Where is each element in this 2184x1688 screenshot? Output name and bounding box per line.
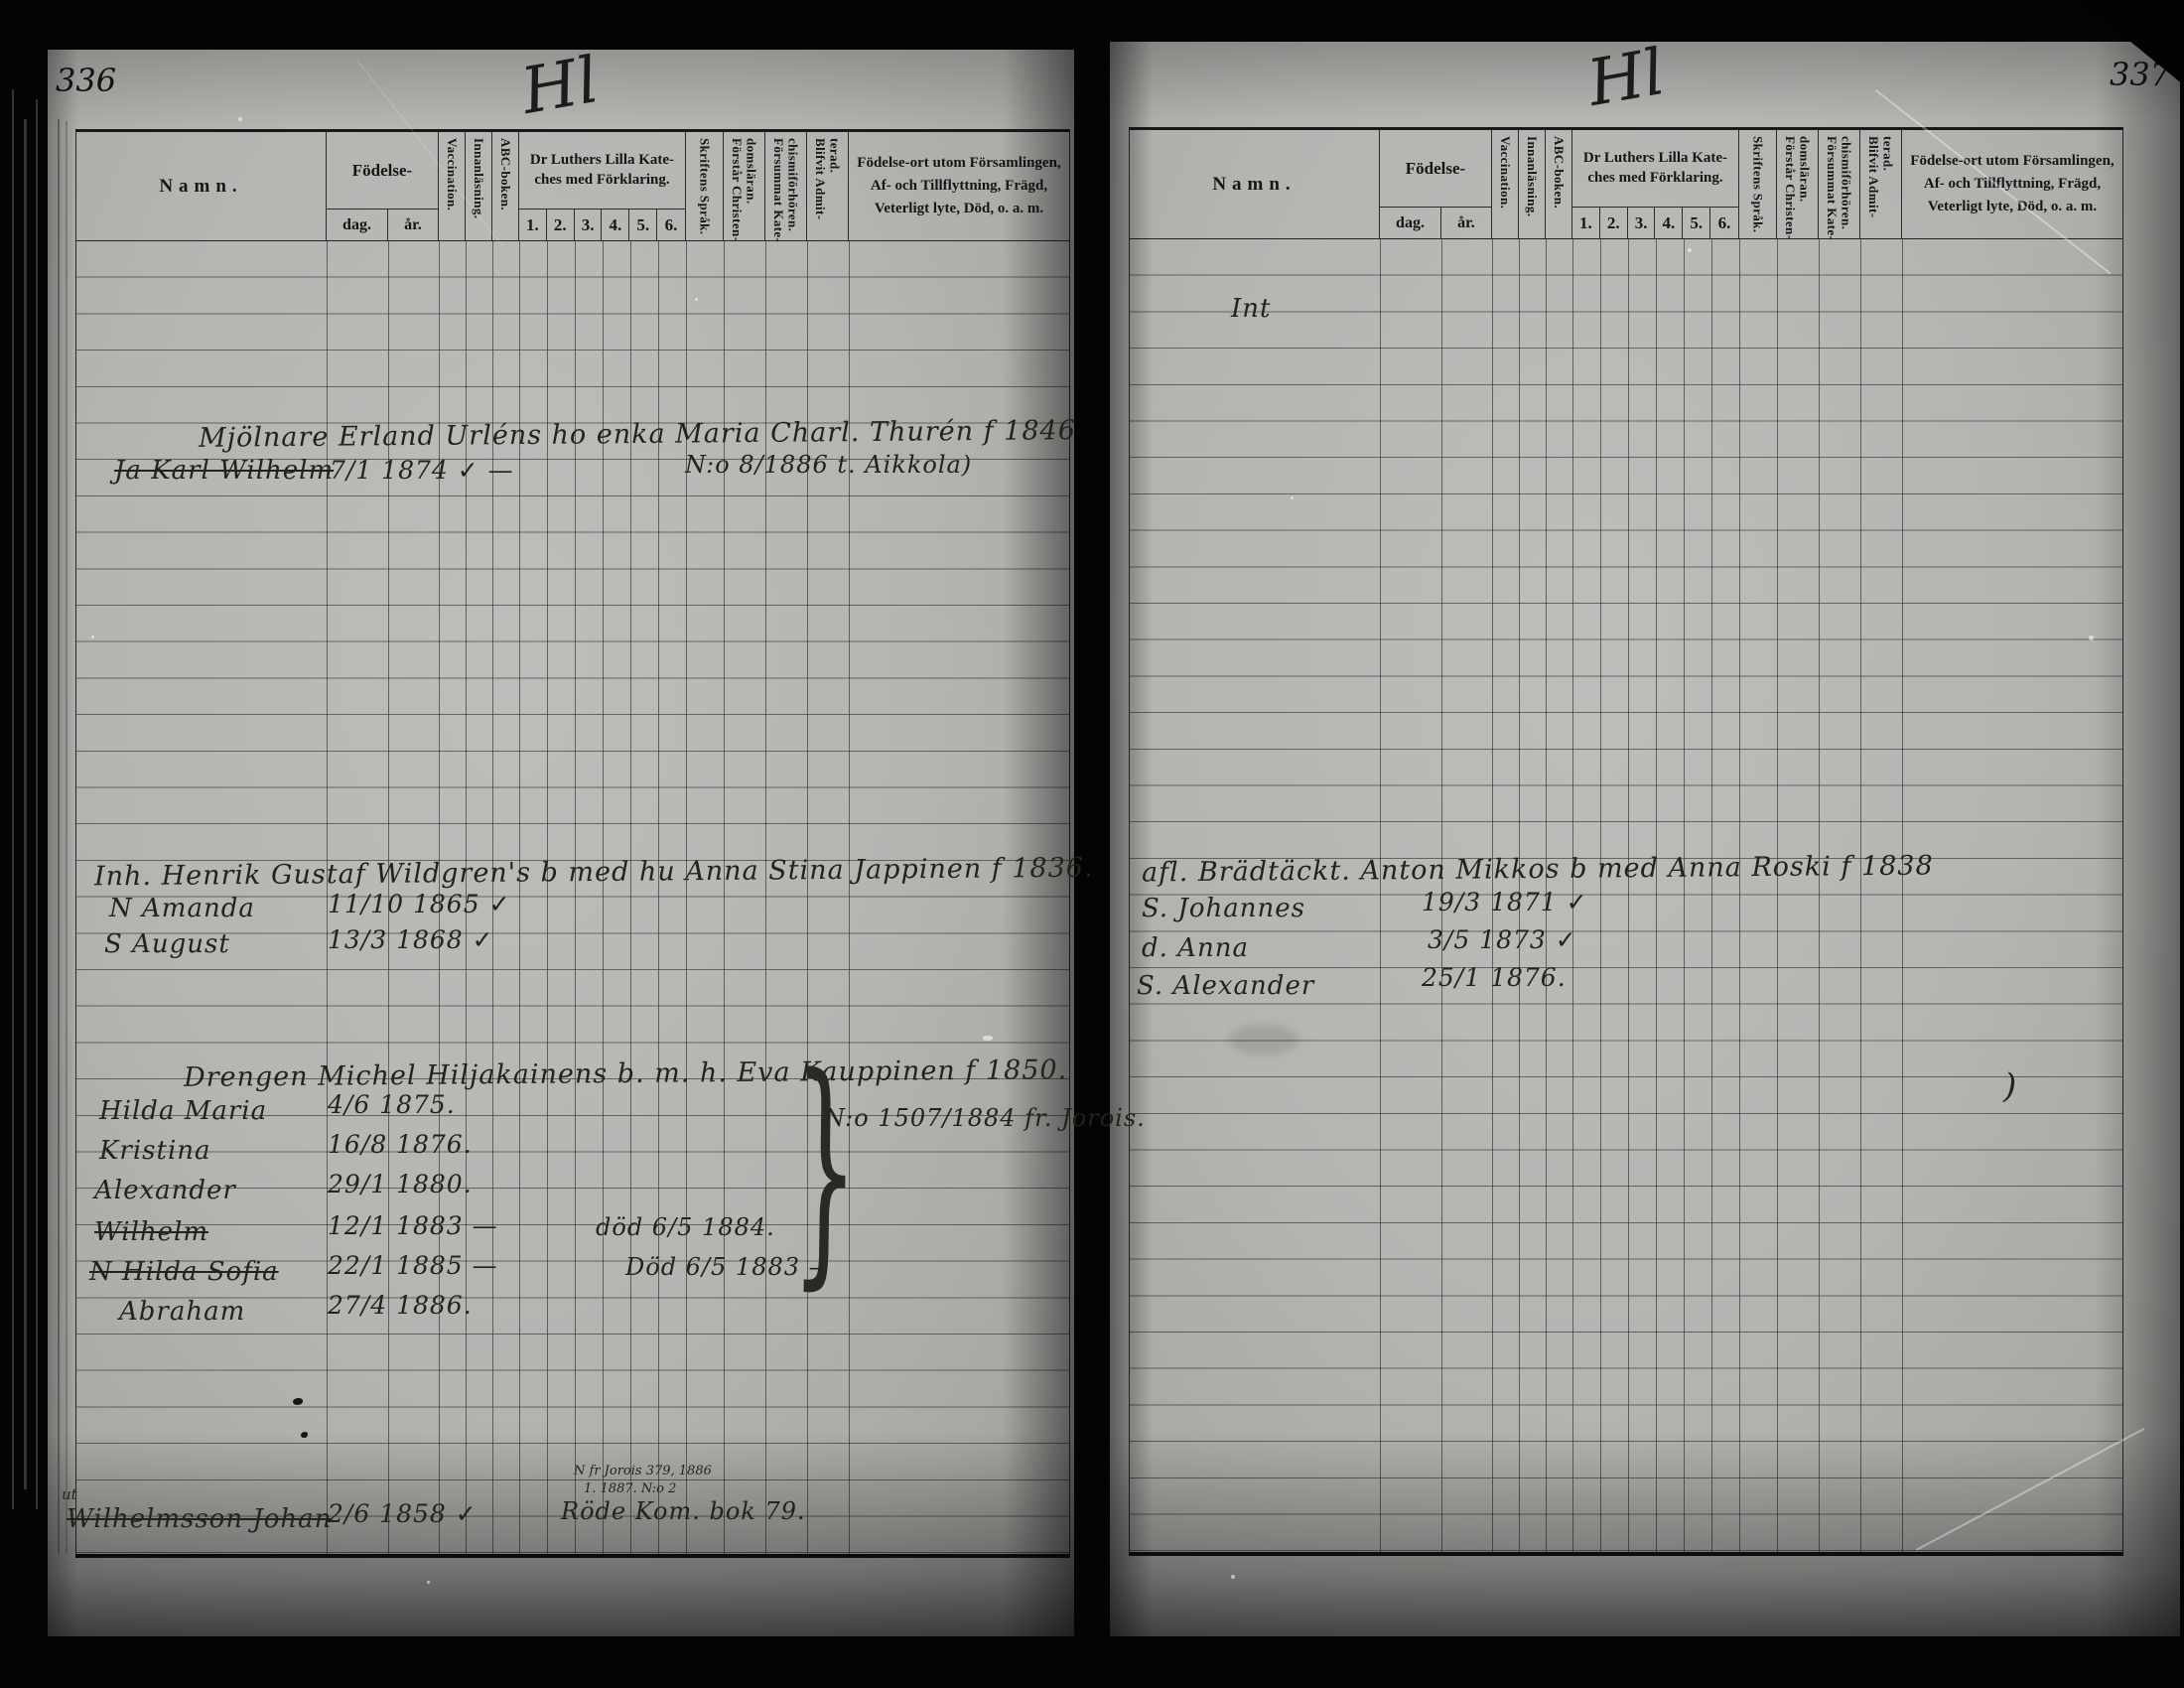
col-header-kateches-6: 6. — [657, 210, 685, 241]
entry-child-name: Abraham — [119, 1297, 245, 1327]
col-header-forsummat-katechismiforhoren: Försummat Kate- chismiförhören. — [1819, 130, 1860, 238]
col-header-innanlasning: Innanläsning. — [1519, 130, 1546, 238]
col-header-kateches-6: 6. — [1710, 208, 1738, 239]
col-header-kateches-1: 1. — [1572, 208, 1600, 239]
col-header-fodelseort: Födelse-ort utom Församlingen, Af- och T… — [1902, 130, 2122, 238]
col-label-line: Veterligt lyte, Död, o. a. m. — [1928, 196, 2097, 218]
col-label: Vaccination. — [1498, 136, 1512, 238]
scan-edge-streak — [24, 119, 27, 1489]
col-label-line: Af- och Tillflyttning, Frägd, — [1924, 173, 2101, 196]
col-label: Namn. — [1212, 174, 1296, 196]
entry-birth-date: 12/1 1883 — — [328, 1211, 498, 1240]
entry-name: Wilhelmsson Johan — [67, 1504, 332, 1534]
entry-birth-date: 19/3 1871 ✓ — [1422, 888, 1588, 916]
col-label: Namn. — [159, 176, 242, 198]
col-label-line: Födelse-ort utom Församlingen, — [1910, 150, 2114, 173]
col-label: ABC-boken. — [498, 138, 512, 240]
page-336: 336 Hl Namn. Födelse- dag. år. Vaccinati… — [48, 50, 1074, 1636]
col-header-forsummat-katechismiforhoren: Försummat Kate- chismiförhören. — [765, 132, 807, 240]
register-table: Namn. Födelse- dag. år. Vaccination. Inn… — [1129, 127, 2123, 1556]
col-subheader-row: 1. 2. 3. 4. 5. 6. — [1572, 207, 1738, 239]
col-header-kateches-5: 5. — [629, 210, 657, 241]
entry-child-name: N Amanda — [109, 894, 255, 923]
table-header: Namn. Födelse- dag. år. Vaccination. Inn… — [76, 132, 1069, 241]
col-label: Dr Luthers Lilla Kate- ches med Förklari… — [519, 132, 685, 209]
col-subheader-row: dag. år. — [327, 209, 438, 241]
col-header-kateches-2: 2. — [547, 210, 575, 241]
col-header-kateches-3: 3. — [1628, 208, 1656, 239]
col-label: Födelse- — [1380, 130, 1491, 207]
entry-margin-note: ut — [62, 1485, 77, 1503]
col-label: Innanläsning. — [472, 138, 485, 240]
col-header-namn: Namn. — [76, 132, 327, 240]
table-header: Namn. Födelse- dag. år. Vaccination. Inn… — [1130, 130, 2122, 239]
entry-child-name: Alexander — [94, 1176, 236, 1205]
entry-child-name: Wilhelm — [94, 1217, 208, 1247]
entry-child-name: S. Johannes — [1142, 894, 1305, 923]
col-label-line: ches med Förklaring. — [534, 171, 669, 191]
col-header-dag: dag. — [1380, 208, 1441, 239]
col-header-kateches-4: 4. — [1655, 208, 1683, 239]
entry-death-note: död 6/5 1884. — [596, 1213, 775, 1241]
col-header-skriftens-sprak: Skriftens Språk. — [1739, 130, 1777, 238]
col-header-dag: dag. — [327, 210, 388, 241]
col-label: Dr Luthers Lilla Kate- ches med Förklari… — [1572, 130, 1738, 207]
col-header-kateches-5: 5. — [1683, 208, 1710, 239]
col-header-vaccination: Vaccination. — [1492, 130, 1519, 238]
entry-note: N:o 8/1886 t. Aikkola) — [685, 451, 972, 479]
col-header-forstar-christendomslaran: Förstår Christen- domsläran. — [724, 132, 765, 240]
col-header-ar: år. — [388, 210, 438, 241]
col-header-vaccination: Vaccination. — [439, 132, 466, 240]
col-header-kateches-4: 4. — [602, 210, 629, 241]
col-subheader-row: 1. 2. 3. 4. 5. 6. — [519, 209, 685, 241]
col-label: ABC-boken. — [1552, 136, 1566, 238]
col-label-line: chismiförhören. — [1840, 136, 1853, 238]
col-header-kateches-2: 2. — [1600, 208, 1628, 239]
handwritten-page-mark: Hl — [1582, 36, 1670, 121]
col-header-blifvit-admitterad: Blifvit Admit- terad. — [807, 132, 849, 240]
col-label-line: chismiförhören. — [786, 138, 800, 240]
entry-birth-date: 25/1 1876. — [1422, 963, 1567, 992]
handwritten-page-mark: Hl — [516, 44, 604, 129]
handwritten-margin-mark: ) — [2003, 1066, 2017, 1106]
entry-note: N:o 1507/1884 fr. Jorois. — [824, 1104, 1146, 1132]
entry-birth-date: 22/1 1885 — — [328, 1251, 498, 1280]
entry-child-name: N Hilda Sofia — [89, 1257, 279, 1287]
col-header-kateches-3: 3. — [575, 210, 603, 241]
page-edge-line — [58, 119, 60, 1554]
col-subheader-row: dag. år. — [1380, 207, 1491, 239]
col-label-line: Försummat Kate- — [1825, 136, 1839, 238]
col-header-namn: Namn. — [1130, 130, 1380, 238]
col-header-abc-boken: ABC-boken. — [492, 132, 519, 240]
col-header-kateches: Dr Luthers Lilla Kate- ches med Förklari… — [519, 132, 686, 240]
col-label: Skriftens Språk. — [698, 138, 712, 240]
col-header-fodelse: Födelse- dag. år. — [1380, 130, 1492, 238]
col-label-line: Af- och Tillflyttning, Frägd, — [871, 175, 1047, 198]
entry-child-name: Ja Karl Wilhelm — [114, 456, 334, 486]
entry-birth-date: 3/5 1873 ✓ — [1428, 925, 1577, 954]
col-label-line: terad. — [828, 138, 842, 240]
col-header-fodelseort: Födelse-ort utom Församlingen, Af- och T… — [849, 132, 1069, 240]
entry-child-name: S. Alexander — [1137, 971, 1314, 1001]
col-header-skriftens-sprak: Skriftens Språk. — [686, 132, 724, 240]
page-337: 337 Hl Namn. Födelse- dag. år. Vaccinati… — [1110, 42, 2180, 1636]
entry-margin-note: N fr Jorois 379, 1886 — [574, 1464, 712, 1478]
col-header-abc-boken: ABC-boken. — [1546, 130, 1572, 238]
col-label-line: Förstår Christen- — [1783, 136, 1797, 238]
entry-birth-date: 2/6 1858 ✓ — [328, 1499, 478, 1528]
scan-edge-streak — [36, 99, 38, 1509]
col-label-line: Blifvit Admit- — [1866, 136, 1880, 238]
col-header-blifvit-admitterad: Blifvit Admit- terad. — [1860, 130, 1902, 238]
col-label-line: domsläran. — [745, 138, 758, 240]
col-label-line: Förstår Christen- — [730, 138, 744, 240]
col-label-line: terad. — [1881, 136, 1895, 238]
entry-child-name: S August — [104, 929, 230, 959]
entry-birth-date: 29/1 1880. — [328, 1170, 473, 1198]
entry-birth-date: 13/3 1868 ✓ — [328, 925, 494, 954]
col-label-line: Försummat Kate- — [771, 138, 785, 240]
col-label-line: Dr Luthers Lilla Kate- — [530, 151, 674, 171]
scanned-register-spread: { "pages": { "left": { "number": "336", … — [0, 0, 2184, 1688]
entry-note: Röde Kom. bok 79. — [561, 1497, 806, 1525]
col-label-line: Dr Luthers Lilla Kate- — [1583, 149, 1727, 169]
page-number: 336 — [56, 62, 116, 99]
scan-edge-streak — [12, 89, 14, 1509]
col-label-line: Födelse-ort utom Församlingen, — [857, 152, 1060, 175]
col-header-fodelse: Födelse- dag. år. — [327, 132, 439, 240]
col-label-line: Veterligt lyte, Död, o. a. m. — [875, 198, 1043, 220]
page-edge-line — [66, 121, 68, 1554]
entry-birth-date: 27/4 1886. — [328, 1291, 473, 1320]
col-header-kateches-1: 1. — [519, 210, 547, 241]
entry-child-name: Kristina — [99, 1136, 211, 1166]
col-header-kateches: Dr Luthers Lilla Kate- ches med Förklari… — [1572, 130, 1739, 238]
col-label: Skriftens Språk. — [1751, 136, 1765, 238]
col-header-innanlasning: Innanläsning. — [466, 132, 492, 240]
entry-child-name: Hilda Maria — [99, 1096, 267, 1126]
entry-note-int: Int — [1231, 294, 1271, 324]
entry-death-note: Död 6/5 1883 – — [625, 1253, 822, 1281]
col-label-line: domsläran. — [1798, 136, 1812, 238]
register-table: Namn. Födelse- dag. år. Vaccination. Inn… — [75, 129, 1070, 1558]
col-header-forstar-christendomslaran: Förstår Christen- domsläran. — [1777, 130, 1819, 238]
entry-child-name: d. Anna — [1142, 933, 1249, 963]
col-label-line: Blifvit Admit- — [813, 138, 827, 240]
entry-birth-date: 7/1 1874 ✓ — — [330, 456, 514, 485]
entry-birth-date: 4/6 1875. — [328, 1090, 456, 1119]
entry-birth-date: 16/8 1876. — [328, 1130, 473, 1159]
entry-margin-note: 1. 1887. N:o 2 — [584, 1481, 676, 1496]
col-label-line: ches med Förklaring. — [1587, 169, 1722, 189]
col-header-ar: år. — [1441, 208, 1491, 239]
entry-birth-date: 11/10 1865 ✓ — [328, 890, 511, 918]
col-label: Innanläsning. — [1525, 136, 1539, 238]
